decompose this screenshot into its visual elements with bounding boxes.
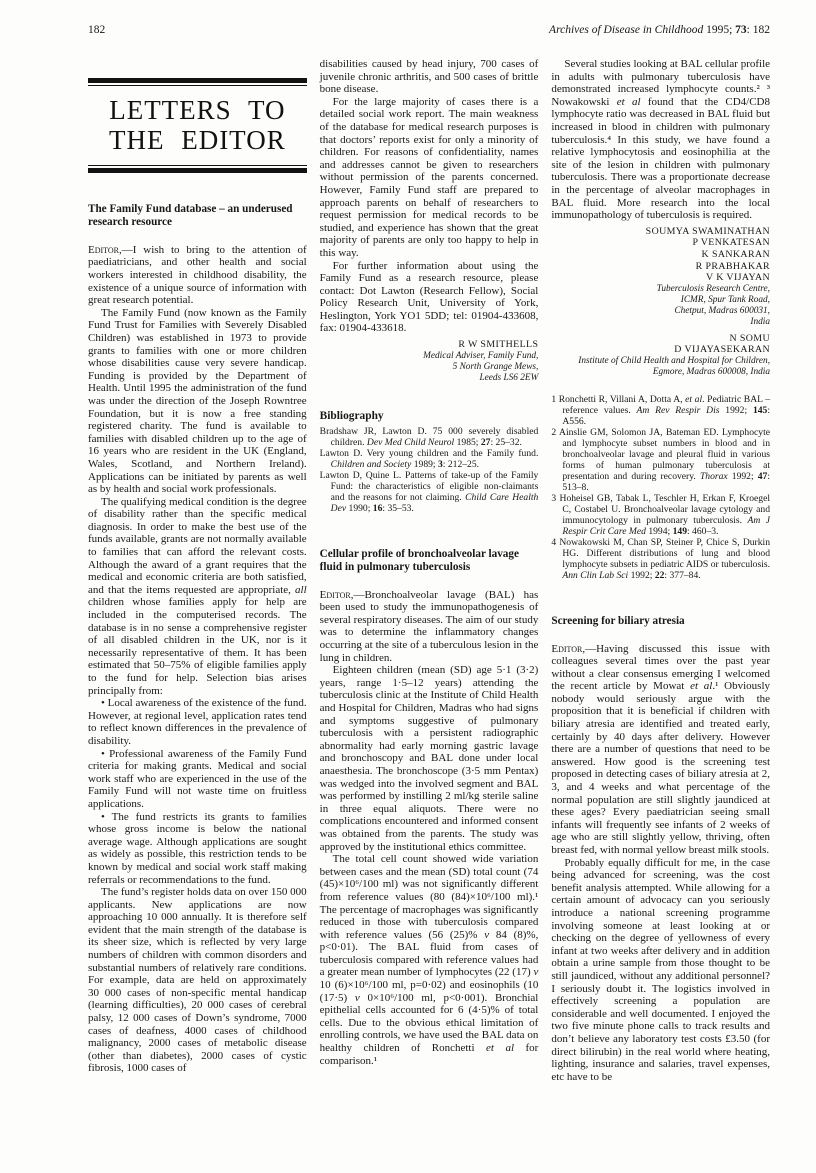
letter1-paragraph: For the large majority of cases there is… xyxy=(320,96,539,260)
author-address-line: Medical Adviser, Family Fund, xyxy=(320,351,539,362)
page-header: 182 Archives of Disease in Childhood 199… xyxy=(88,24,770,36)
author-name: R W SMITHELLS xyxy=(320,339,539,351)
bibliography-entry: Lawton D, Quine L. Patterns of take-up o… xyxy=(320,470,539,514)
author-name: D VIJAYASEKARAN xyxy=(551,344,770,356)
letter2-title: Cellular profile of bronchoalveolar lava… xyxy=(320,548,539,575)
author-name: R PRABHAKAR xyxy=(551,261,770,273)
author-address-line: 5 North Grange Mews, xyxy=(320,362,539,373)
reference-entry: 2 Ainslie GM, Solomon JA, Bateman ED. Ly… xyxy=(551,427,770,493)
reference-entry: 1 Ronchetti R, Villani A, Dotta A, et al… xyxy=(551,394,770,427)
letter1-paragraph: For further information about using the … xyxy=(320,260,539,336)
bibliography-heading: Bibliography xyxy=(320,410,539,423)
author-name: K SANKARAN xyxy=(551,249,770,261)
letter3-paragraph: Probably equally difficult for me, in th… xyxy=(551,857,770,1084)
author-name: SOUMYA SWAMINATHAN xyxy=(551,226,770,238)
author-address-line: Egmore, Madras 600008, India xyxy=(551,367,770,378)
author-address-line: Leeds LS6 2EW xyxy=(320,373,539,384)
letter3-paragraph: Editor,—Having discussed this issue with… xyxy=(551,643,770,857)
author-address-line: ICMR, Spur Tank Road, xyxy=(551,295,770,306)
letter2-paragraph: Several studies looking at BAL cellular … xyxy=(551,58,770,222)
text-columns: LETTERS TO THE EDITOR The Family Fund da… xyxy=(88,58,770,1083)
letter1-paragraph: The fund’s register holds data on over 1… xyxy=(88,886,307,1075)
journal-page: 182 Archives of Disease in Childhood 199… xyxy=(0,0,816,1173)
author-name: V K VIJAYAN xyxy=(551,272,770,284)
letter1-bullet-item: • The fund restricts its grants to famil… xyxy=(88,811,307,887)
page-number: 182 xyxy=(88,24,105,36)
running-head: Archives of Disease in Childhood 1995; 7… xyxy=(549,24,770,36)
letters-banner: LETTERS TO THE EDITOR xyxy=(88,78,307,173)
author-address-line: Chetput, Madras 600031, xyxy=(551,306,770,317)
letter2-reference-list: 1 Ronchetti R, Villani A, Dotta A, et al… xyxy=(551,394,770,581)
letter2-paragraph: Editor,—Bronchoalveolar lavage (BAL) has… xyxy=(320,589,539,665)
banner-title-line1: LETTERS TO xyxy=(88,95,307,125)
letter3-title: Screening for biliary atresia xyxy=(551,615,770,628)
letter2-paragraph: The total cell count showed wide variati… xyxy=(320,853,539,1067)
author-name: N SOMU xyxy=(551,333,770,345)
bibliography-entry: Bradshaw JR, Lawton D. 75 000 severely d… xyxy=(320,426,539,448)
bibliography-entry: Lawton D. Very young children and the Fa… xyxy=(320,448,539,470)
column-3: Several studies looking at BAL cellular … xyxy=(551,58,770,1083)
author-address-line: Institute of Child Health and Hospital f… xyxy=(551,356,770,367)
letter2-signature-block-2: N SOMU D VIJAYASEKARAN Institute of Chil… xyxy=(551,333,770,379)
letter1-paragraph-continued: disabilities caused by head injury, 700 … xyxy=(320,58,539,96)
author-address-line: India xyxy=(551,317,770,328)
author-name: P VENKATESAN xyxy=(551,237,770,249)
reference-entry: 4 Nowakowski M, Chan SP, Steiner P, Chic… xyxy=(551,537,770,581)
letter1-title: The Family Fund database – an underused … xyxy=(88,203,307,230)
letter1-bullet-item: • Local awareness of the existence of th… xyxy=(88,697,307,747)
column-2: disabilities caused by head injury, 700 … xyxy=(320,58,539,1083)
letter1-paragraph: Editor,—I wish to bring to the attention… xyxy=(88,244,307,307)
author-address-line: Tuberculosis Research Centre, xyxy=(551,284,770,295)
letter2-paragraph: Eighteen children (mean (SD) age 5·1 (3·… xyxy=(320,664,539,853)
banner-title: LETTERS TO THE EDITOR xyxy=(88,86,307,165)
column-1: LETTERS TO THE EDITOR The Family Fund da… xyxy=(88,58,307,1083)
letter1-paragraph: The qualifying medical condition is the … xyxy=(88,496,307,698)
letter1-paragraph: The Family Fund (now known as the Family… xyxy=(88,307,307,496)
letter2-signature-block-1: SOUMYA SWAMINATHAN P VENKATESAN K SANKAR… xyxy=(551,226,770,329)
letter1-bullet-item: • Professional awareness of the Family F… xyxy=(88,748,307,811)
banner-rule-bottom-thick xyxy=(88,168,307,173)
banner-title-line2: THE EDITOR xyxy=(88,125,307,155)
reference-entry: 3 Hoheisel GB, Tabak L, Teschler H, Erka… xyxy=(551,493,770,537)
letter1-signature-block: R W SMITHELLS Medical Adviser, Family Fu… xyxy=(320,339,539,384)
